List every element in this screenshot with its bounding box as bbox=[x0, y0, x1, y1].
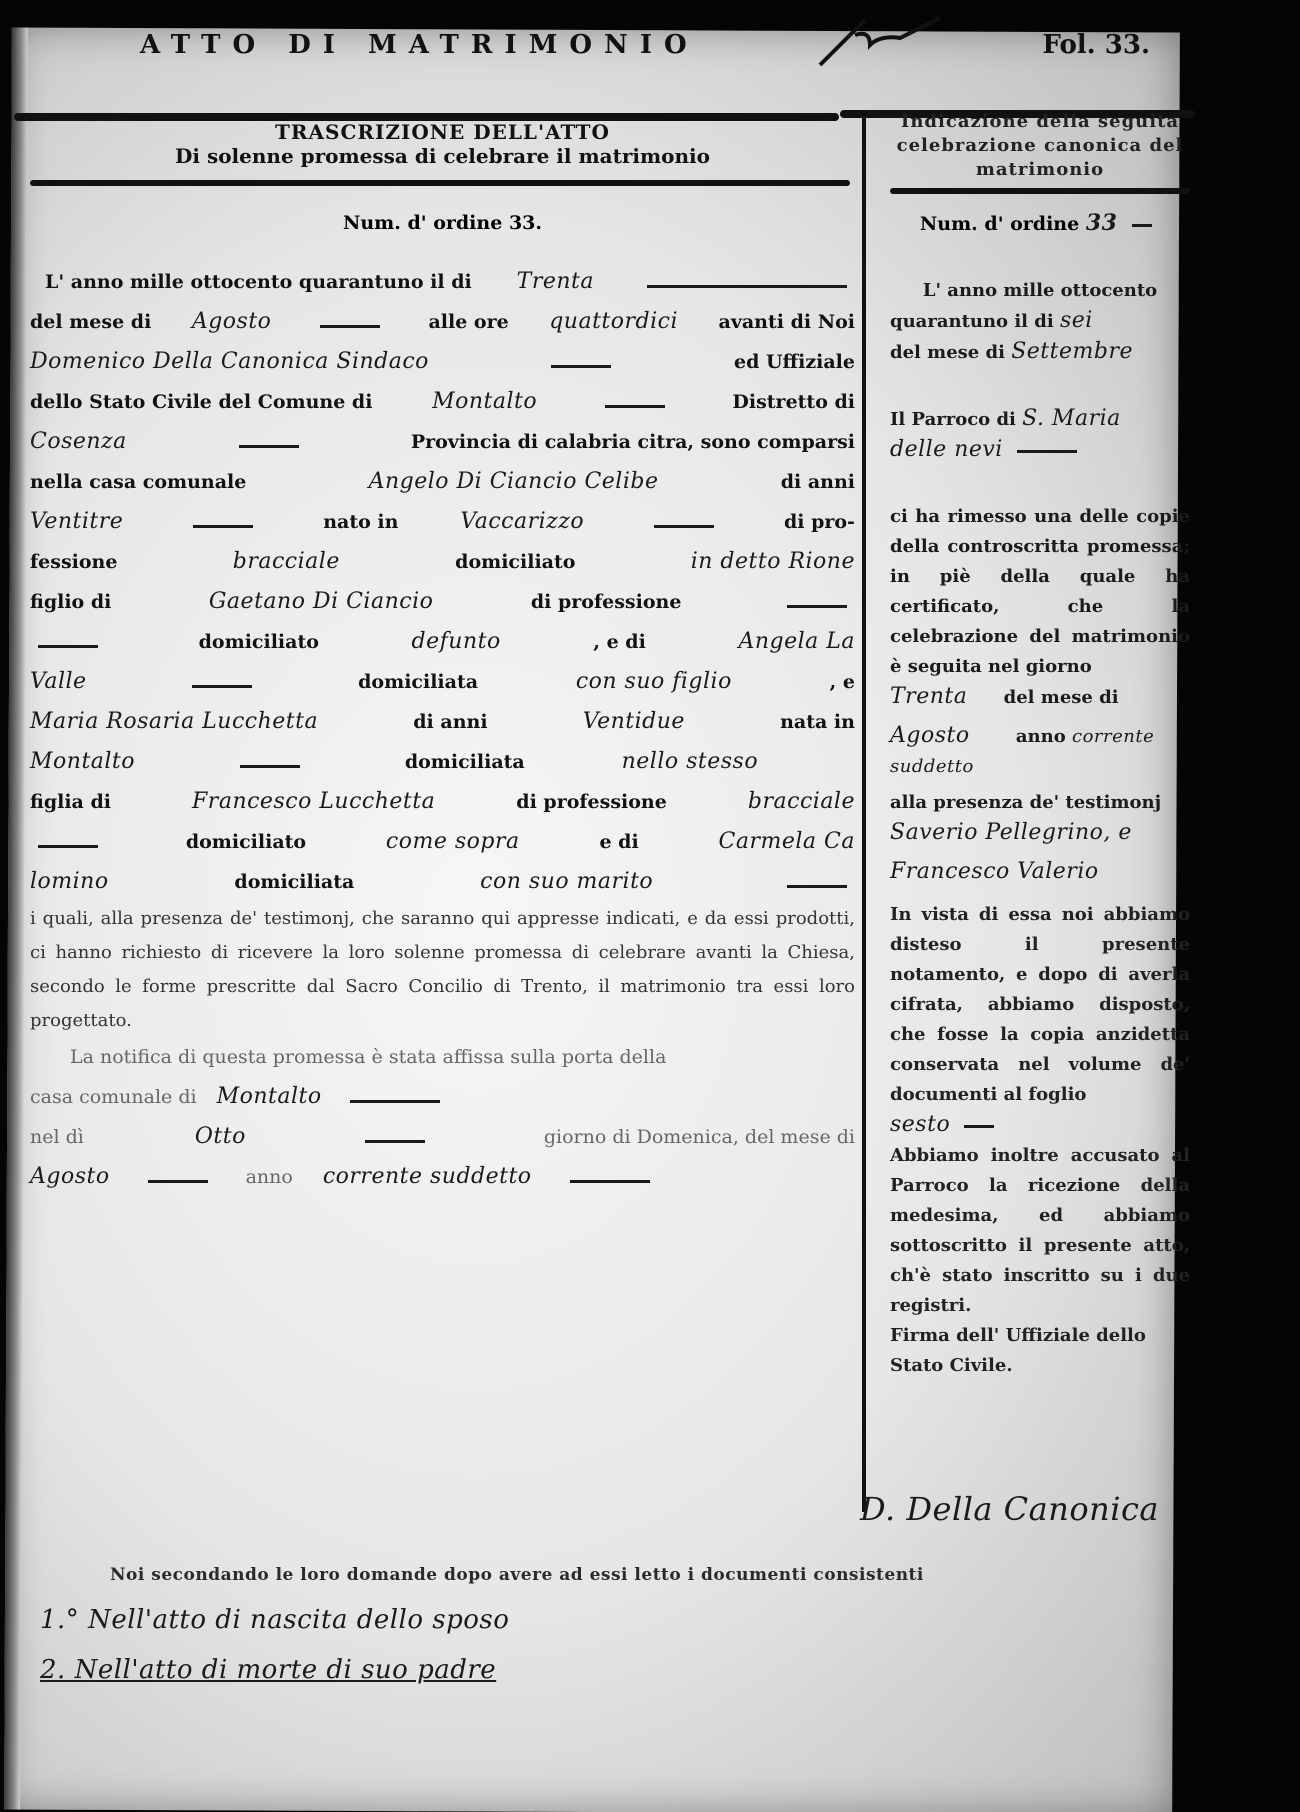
witness-1: Saverio Pellegrino, e bbox=[890, 818, 1190, 849]
record-line: L' anno mille ottocento quarantuno il di… bbox=[30, 262, 855, 302]
record-line: Valle domiciliata con suo figlio , e bbox=[30, 662, 855, 702]
notice-line: La notifica di questa promessa è stata a… bbox=[30, 1038, 855, 1077]
folio-number: Fol. 33. bbox=[1042, 30, 1150, 60]
receipt-text: Abbiamo inoltre accusato al Parroco la r… bbox=[890, 1141, 1190, 1321]
record-line: dello Stato Civile del Comune di Montalt… bbox=[30, 382, 855, 422]
record-line: fessione bracciale domiciliato in detto … bbox=[30, 542, 855, 582]
record-line: Ventitre nato in Vaccarizzo di pro- bbox=[30, 502, 855, 542]
transcription-column: TRASCRIZIONE DELL'ATTO Di solenne promes… bbox=[30, 120, 855, 1197]
order-number-label: Num. d' ordine bbox=[343, 212, 502, 234]
signature-label: Firma dell' Uffiziale dello Stato Civile… bbox=[890, 1321, 1190, 1381]
column-divider bbox=[862, 112, 866, 1512]
notice-line: nel dì Otto giorno di Domenica, del mese… bbox=[30, 1117, 855, 1157]
documents-intro: Noi secondando le loro domande dopo aver… bbox=[110, 1565, 1110, 1585]
left-subheading-rule bbox=[30, 180, 850, 186]
witness-2: Francesco Valerio bbox=[890, 857, 1190, 888]
foglio-line: sesto bbox=[890, 1110, 1190, 1141]
officer-signature: D. Della Canonica bbox=[860, 1490, 1159, 1528]
record-line: Maria Rosaria Lucchetta di anni Ventidue… bbox=[30, 702, 855, 742]
record-line: figlia di Francesco Lucchetta di profess… bbox=[30, 782, 855, 822]
document-item-1: 1.° Nell'atto di nascita dello sposo bbox=[40, 1605, 1110, 1635]
month-line: del mese di Settembre bbox=[890, 337, 1190, 368]
witness-label: alla presenza de' testimonj bbox=[890, 788, 1190, 818]
order-number-value: 33. bbox=[509, 212, 542, 234]
notation-text: In vista di essa noi abbiamo disteso il … bbox=[890, 900, 1190, 1110]
binding-edge bbox=[4, 27, 28, 1809]
document-item-2: 2. Nell'atto di morte di suo padre bbox=[40, 1655, 1110, 1685]
document-title: ATTO DI MATRIMONIO bbox=[140, 30, 699, 60]
month2-line: Agosto anno corrente suddetto bbox=[890, 721, 1190, 782]
right-order-number: Num. d' ordine 33 bbox=[890, 210, 1190, 236]
record-line: nella casa comunale Angelo Di Ciancio Ce… bbox=[30, 462, 855, 502]
left-heading: TRASCRIZIONE DELL'ATTO bbox=[30, 120, 855, 144]
record-line: domiciliato come sopra e di Carmela Ca bbox=[30, 822, 855, 862]
left-order-number: Num. d' ordine 33. bbox=[30, 212, 855, 234]
record-line: figlio di Gaetano Di Ciancio di professi… bbox=[30, 582, 855, 622]
record-line: Domenico Della Canonica Sindaco ed Uffiz… bbox=[30, 342, 855, 382]
documents-section: Noi secondando le loro domande dopo aver… bbox=[110, 1565, 1110, 1685]
celebration-column: Indicazione della seguita celebrazione c… bbox=[890, 110, 1190, 1381]
certification-text: ci ha rimesso una delle copie della cont… bbox=[890, 502, 1190, 682]
promise-paragraph: i quali, alla presenza de' testimonj, ch… bbox=[30, 902, 855, 1038]
header: ATTO DI MATRIMONIO Fol. 33. bbox=[140, 30, 1150, 70]
margin-initials-scribble bbox=[810, 10, 970, 70]
record-line: domiciliato defunto , e di Angela La bbox=[30, 622, 855, 662]
year-line-day: quarantuno il di sei bbox=[890, 306, 1190, 337]
left-subheading: Di solenne promessa di celebrare il matr… bbox=[30, 144, 855, 168]
record-line: Cosenza Provincia di calabria citra, son… bbox=[30, 422, 855, 462]
record-line: del mese di Agosto alle ore quattordici … bbox=[30, 302, 855, 342]
right-heading-rule bbox=[890, 188, 1190, 194]
day-line: Trenta del mese di bbox=[890, 682, 1190, 713]
record-line: Montalto domiciliata nello stesso bbox=[30, 742, 855, 782]
year-line: L' anno mille ottocento bbox=[890, 276, 1190, 306]
parroco-line: Il Parroco di S. Maria bbox=[890, 404, 1190, 435]
parroco-line-2: delle nevi bbox=[890, 435, 1190, 466]
record-line: lomino domiciliata con suo marito bbox=[30, 862, 855, 902]
right-heading: Indicazione della seguita celebrazione c… bbox=[890, 110, 1190, 182]
notice-line: Agosto anno corrente suddetto bbox=[30, 1157, 855, 1197]
notice-line: casa comunale di Montalto bbox=[30, 1077, 855, 1117]
